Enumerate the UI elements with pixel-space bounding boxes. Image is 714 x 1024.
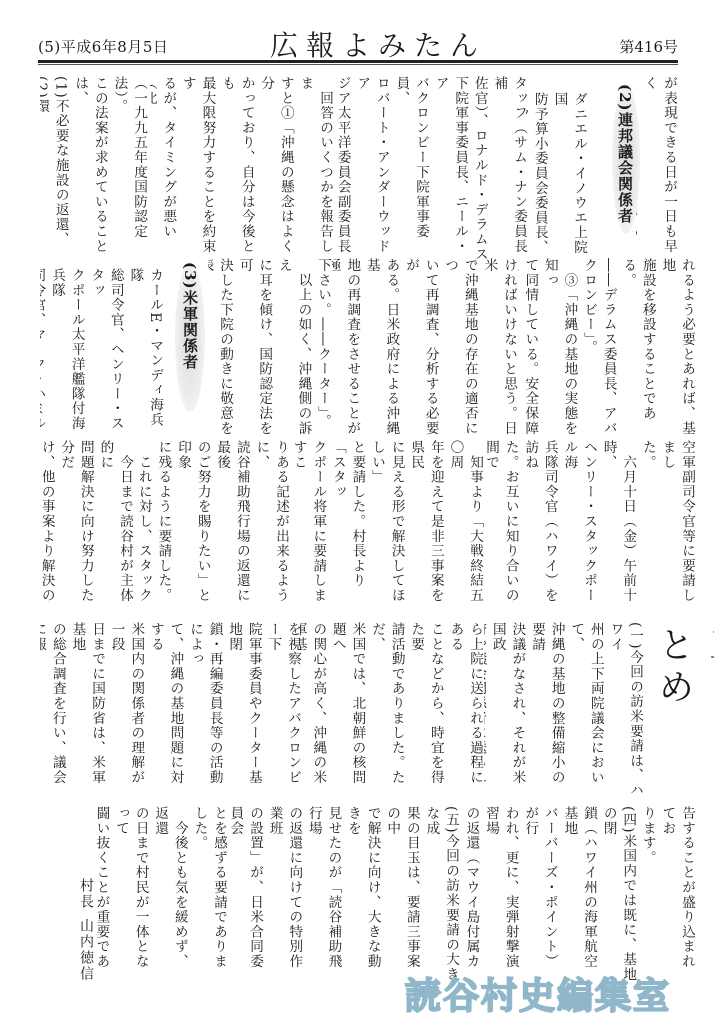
row3-col2: 知事より「大戦終結五〇周 年を迎えて是非三事案を県民 に見える形で解決してほしい… xyxy=(290,440,484,616)
signature-name: 山内徳信 xyxy=(76,918,96,982)
archive-watermark: 読谷村史編集室 xyxy=(405,968,671,1019)
row2-col2: ければいけないと思う。日米 で沖縄基地の存在の適否につ いて再調査、分析する必要… xyxy=(332,258,518,438)
row4-col3: を視察したアバクロンビー下 院軍事委員やクーター基地閉 鎖・再編委員長等の活動に… xyxy=(108,622,302,798)
row3-col3: りある記述が出来るように、 読谷補助飛行場の返還に最後 のご努力を賜りたい」と印… xyxy=(134,440,290,616)
row1-col1-body: ダニエル・イノウエ上院国 防予算小委員会委員長、リッ ク・フィン上院軍事委員会ス xyxy=(526,92,588,268)
row2-col4: カールE・マンディ海兵隊 総司令官、ヘンリー・スタッ クポール太平洋艦隊付海兵隊… xyxy=(40,268,164,438)
row1-lead-text: が表現できる日が一日も早く くることを祈るものである。 xyxy=(636,76,678,266)
row5-col3: とを感ずる要請でありました。 今後とも気を緩めず、返還 の日まで村民が一体となっ… xyxy=(94,806,228,982)
row5-col2: (五)今回の訪米要請の大きな成 果の目玉は、要請三事案の中 で解決に向け、大きな… xyxy=(226,806,460,982)
signature-title: 村長 xyxy=(76,878,96,910)
issue-number: 第416号 xyxy=(619,36,678,57)
row1-col3: 回答のいくつかを報告しま すと①「沖縄の懸念はよく分 かっており、自分は今後とも… xyxy=(150,76,334,268)
row5-col1: 告することが盛り込まれてお ります。 (四)米国内では既に、基地の閉 鎖（ハワイ… xyxy=(460,806,696,982)
row3-col1: 空軍副司令官等に要請しまし た。 六月十日（金）午前十時、 ヘンリー・スタックポ… xyxy=(484,440,696,616)
header-rule-thin xyxy=(38,64,678,65)
row4-col1: (一)今回の訪米要請は、ハワイ 州の上下両院議会において、 沖縄の基地の整備縮小… xyxy=(484,622,644,798)
section-heading-summary: 三、まとめ xyxy=(648,626,714,786)
row4-col4: 日までに国防省は、米軍基地 の総合調査を行い、議会に報 xyxy=(40,622,106,798)
newsletter-header: (5)平成6年8月5日 広報よみたん 第416号 xyxy=(38,24,678,60)
row1-col4: （一九九五年度国防認定法）。 この法案が求めていることは、 (1)不必要な施設の… xyxy=(40,76,148,268)
row1-col2: タッフ（サム・ナン委員長補 佐官）、ロナルド・デラムス 下院軍事委員長、ニール・… xyxy=(332,76,528,268)
heading-us-military: (3)米軍関係者 xyxy=(180,262,201,382)
row3-col4: 今日まで読谷村が主体的に 問題解決に向け努力した分だ け、他の事案より解決の先頭… xyxy=(40,440,134,616)
row4-col2: ら上院に送られる過程にある ことなどから、時宜を得た要 請活動でありました。ただ… xyxy=(300,622,484,798)
issue-date: (5)平成6年8月5日 xyxy=(38,36,168,57)
row2-col3: 下さい。――クーター」。 以上の如く、沖縄側の訴え に耳を傾け、国防認定法を可 … xyxy=(208,258,332,438)
heading-congress: (2)連邦議会関係者 xyxy=(615,84,636,224)
header-rule xyxy=(38,60,678,63)
row2-col1: れるよう必要とあれば、基地 施設を移設することである。 ――デラムス委員長、アバ… xyxy=(518,258,696,438)
newsletter-title: 広報よみたん xyxy=(270,24,486,64)
